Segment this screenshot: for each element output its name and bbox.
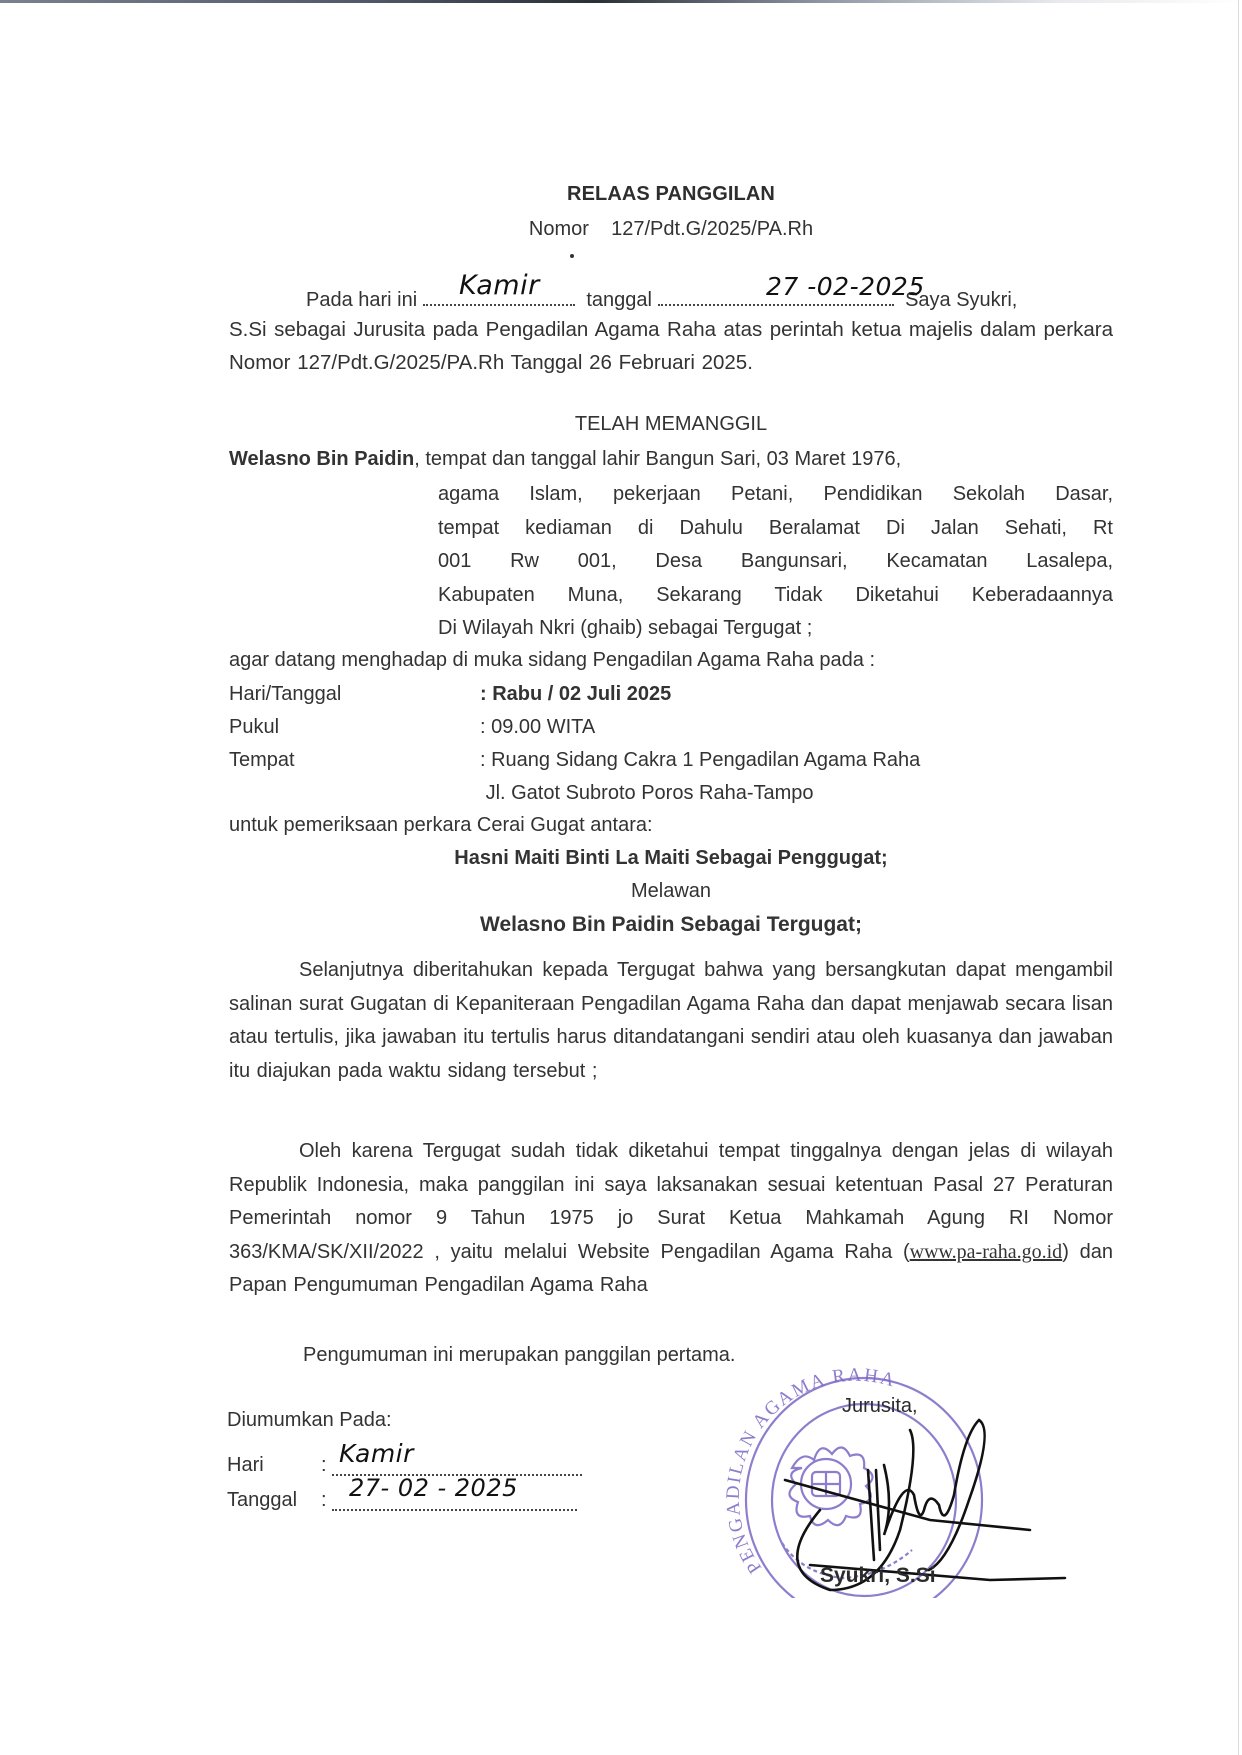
untuk-pemeriksaan-line: untuk pemeriksaan perkara Cerai Gugat an… [229, 815, 653, 835]
diumumkan-tanggal-colon: : [321, 1490, 327, 1510]
diumumkan-hari-label: Hari [227, 1455, 264, 1475]
diumumkan-hari-colon: : [321, 1455, 327, 1475]
opening-paragraph: S.Si sebagai Jurusita pada Pengadilan Ag… [229, 313, 1113, 379]
document-number: Nomor 127/Pdt.G/2025/PA.Rh [229, 218, 1113, 241]
tergugat-identity-first-line: Welasno Bin Paidin, tempat dan tanggal l… [229, 449, 901, 469]
telah-memanggil-heading: TELAH MEMANGGIL [229, 414, 1113, 434]
hearing-address: Jl. Gatot Subroto Poros Raha-Tampo [480, 782, 814, 805]
paragraph-oleh-karena: Oleh karena Tergugat sudah tidak diketah… [229, 1135, 1113, 1303]
hearing-place: : Ruang Sidang Cakra 1 Pengadilan Agama … [480, 749, 920, 772]
case-number: 127/Pdt.G/2025/PA.Rh [611, 218, 813, 240]
tergugat-line: Welasno Bin Paidin Sebagai Tergugat; [229, 914, 1113, 935]
website-link[interactable]: www.pa-raha.go.id [910, 1241, 1063, 1263]
diumumkan-heading: Diumumkan Pada: [227, 1410, 392, 1430]
melawan-line: Melawan [229, 881, 1113, 901]
handwritten-diumumkan-tanggal: 27- 02 - 2025 [349, 1474, 518, 1502]
hearing-date: : Rabu / 02 Juli 2025 [480, 683, 671, 706]
scan-edge [0, 0, 1242, 3]
pengumuman-pertama-line: Pengumuman ini merupakan panggilan perta… [303, 1345, 736, 1365]
paragraph-selanjutnya: Selanjutnya diberitahukan kepada Terguga… [229, 954, 1113, 1088]
document-title: RELAAS PANGGILAN [229, 183, 1113, 206]
tergugat-name: Welasno Bin Paidin [229, 448, 414, 470]
agar-datang-line: agar datang menghadap di muka sidang Pen… [229, 650, 875, 670]
tergugat-identity-details: agama Islam, pekerjaan Petani, Pendidika… [438, 483, 1113, 651]
penggugat-line: Hasni Maiti Binti La Maiti Sebagai Pengg… [229, 848, 1113, 868]
scan-edge [1238, 0, 1239, 1755]
diumumkan-tanggal-label: Tanggal [227, 1490, 297, 1510]
hearing-time: : 09.00 WITA [480, 716, 595, 739]
signatory-name: Syukri, S.Si [820, 1565, 936, 1586]
handwritten-diumumkan-hari: Kamir [339, 1439, 414, 1468]
handwritten-tanggal: 27 -02-2025 [766, 272, 925, 301]
scan-dot [570, 254, 574, 258]
handwritten-hari: Kamir [459, 270, 540, 301]
